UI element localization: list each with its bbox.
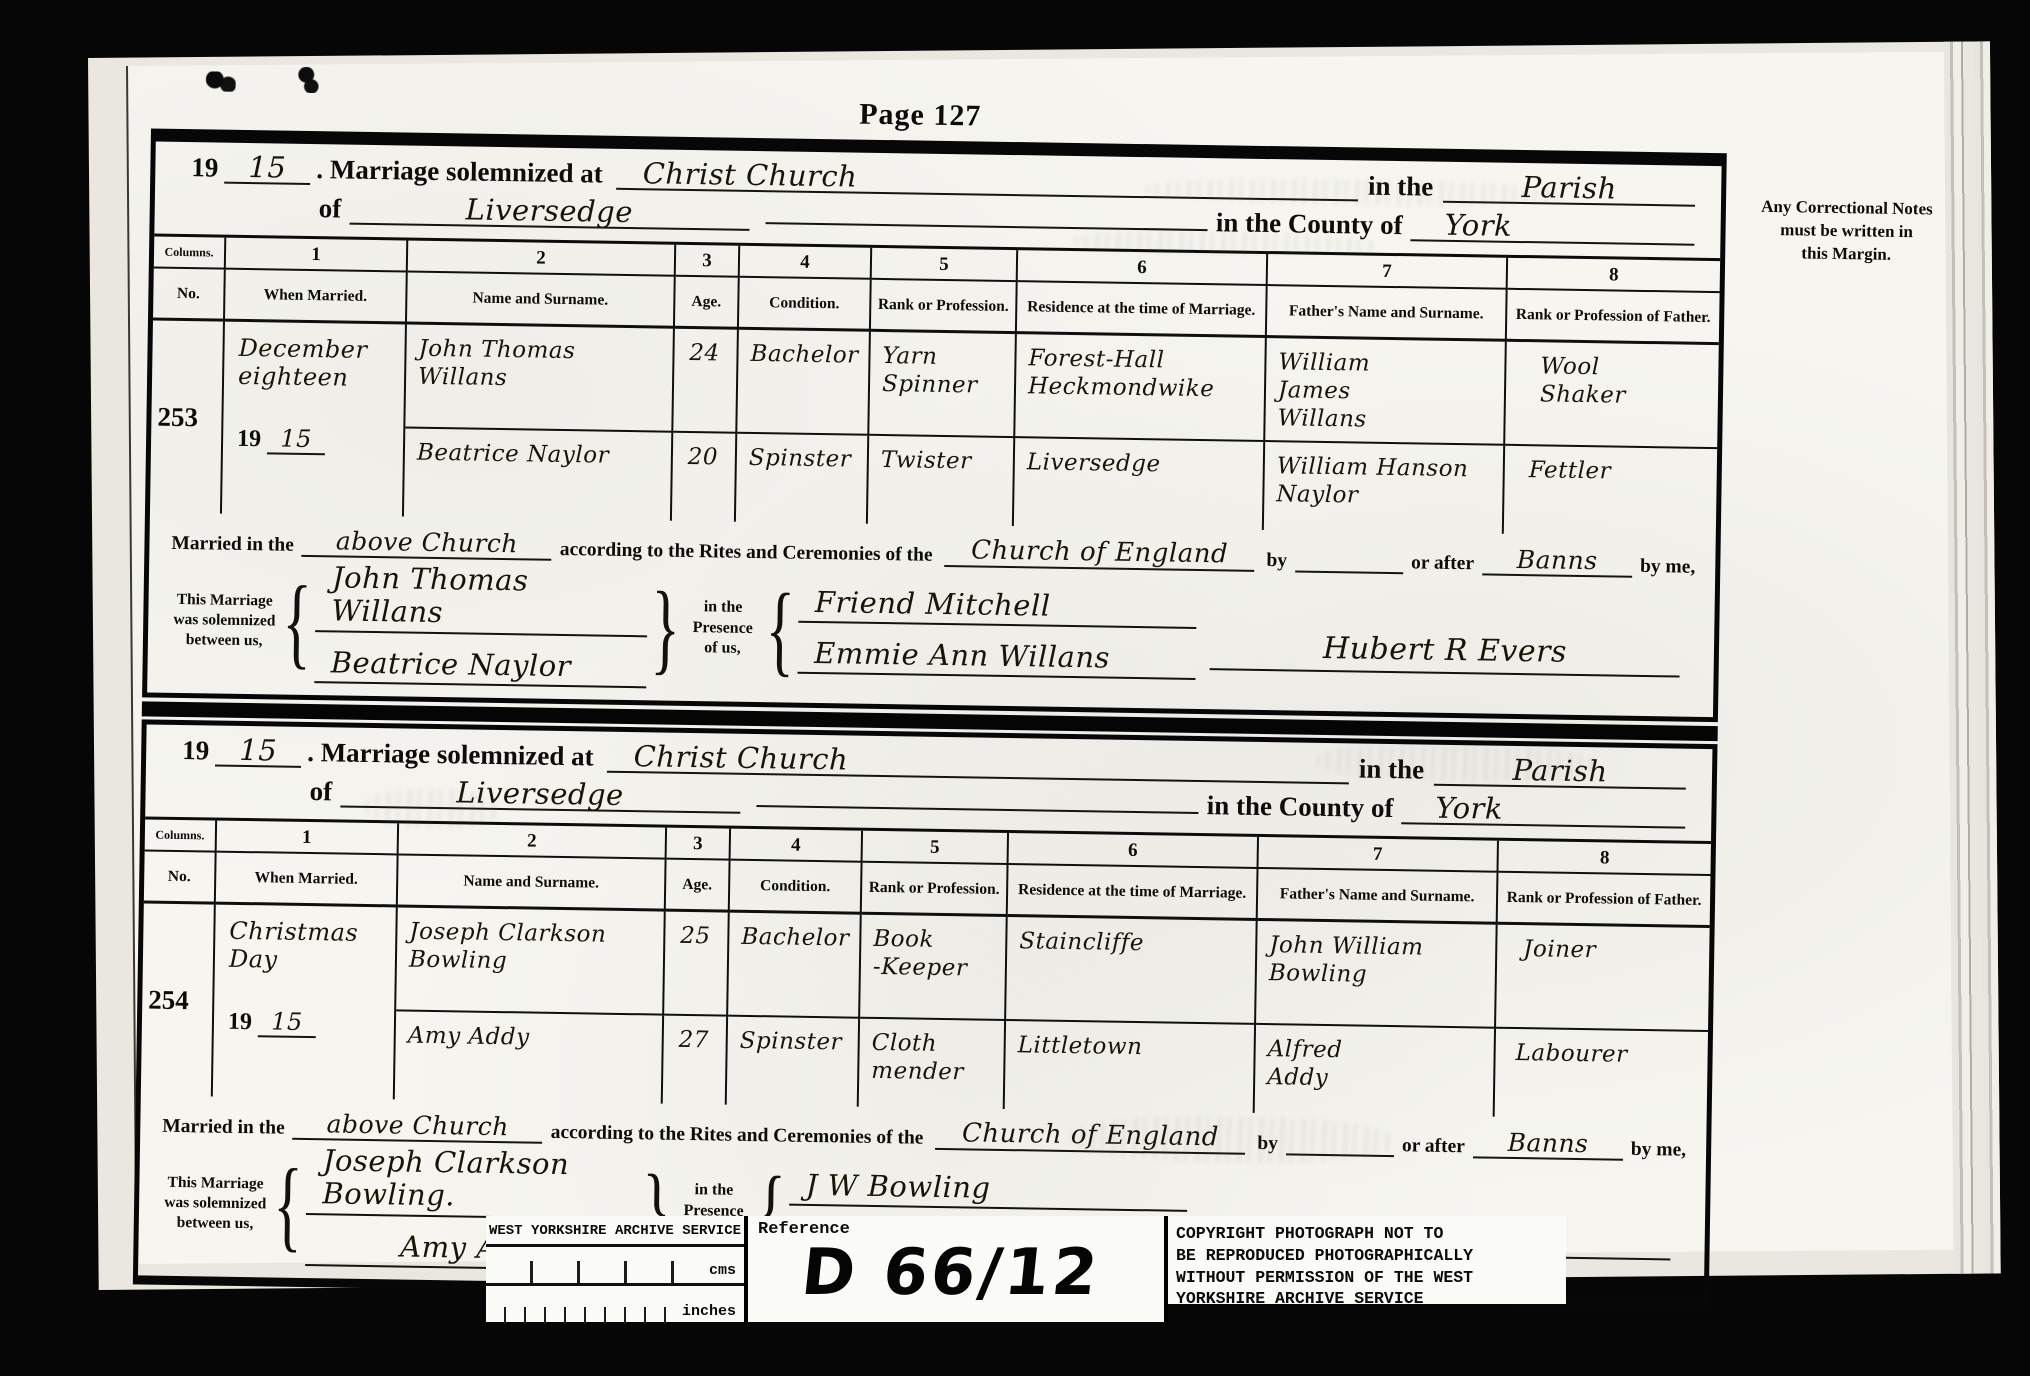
entry-253-solemnization: Married in the above Church according to… — [147, 512, 1716, 717]
married-in-the-label: Married in the — [162, 1116, 285, 1140]
archive-scale-box: WEST YORKSHIRE ARCHIVE SERVICE cms inche… — [486, 1216, 748, 1322]
when-married-date: December eighteen — [238, 334, 401, 393]
rites-of-handwritten: Church of England — [944, 535, 1254, 572]
archive-label-strip: WEST YORKSHIRE ARCHIVE SERVICE cms inche… — [486, 1216, 1566, 1322]
bride-father-profession-cell: Labourer — [1495, 1029, 1708, 1120]
col4-number: 4 — [731, 829, 863, 863]
year-handwritten: 15 — [224, 153, 310, 185]
groom-profession-cell: Book -Keeper — [860, 915, 1008, 1021]
register-entry-253: 19 15 . Marriage solemnized at Christ Ch… — [142, 128, 1727, 722]
bride-condition-cell: Spinster — [736, 434, 869, 524]
groom-age-cell: 25 — [664, 912, 730, 1017]
bride-age-cell: 27 — [663, 1016, 728, 1105]
when-married-cell: Christmas Day 19 15 — [213, 905, 398, 1100]
columns-label: Columns. — [145, 819, 217, 852]
this-marriage-label: This Marriage was solemnized between us, — [161, 1173, 270, 1235]
col7-number: 7 — [1268, 254, 1508, 290]
no-header: No. — [144, 851, 217, 904]
groom-residence-cell: Staincliffe — [1006, 917, 1258, 1025]
rank-profession-header: Rank or Profession. — [871, 280, 1018, 334]
col5-number: 5 — [863, 831, 1009, 865]
groom-condition-cell: Bachelor — [728, 913, 862, 1019]
scanned-register-page: Page 127 Any Correctional Notes must be … — [126, 52, 1953, 1264]
name-surname-header: Name and Surname. — [407, 273, 676, 329]
when-married-year: 19 15 — [237, 424, 399, 457]
name-surname-header: Name and Surname. — [398, 855, 667, 911]
age-header: Age. — [666, 860, 731, 913]
col7-number: 7 — [1259, 837, 1499, 873]
margin-note: Any Correctional Notes must be written i… — [1737, 195, 1956, 267]
or-after-label: or after — [1411, 552, 1474, 575]
no-header: No. — [153, 269, 226, 322]
bleed-through-smudge — [366, 788, 497, 830]
col3-number: 3 — [667, 828, 731, 861]
entry-number: 253 — [150, 321, 225, 514]
groom-age-cell: 24 — [673, 329, 739, 434]
columns-label: Columns. — [154, 237, 226, 270]
year-handwritten: 15 — [258, 1007, 316, 1038]
bride-father-cell: Alfred Addy — [1255, 1025, 1496, 1117]
col8-number: 8 — [1508, 258, 1720, 293]
year-prefix: 19 — [191, 152, 218, 183]
married-in-handwritten: above Church — [302, 526, 552, 561]
by-me-label: by me, — [1631, 1139, 1687, 1162]
minister-signature-area: Hubert R Evers — [1195, 575, 1695, 705]
bride-father-cell: William Hanson Naylor — [1264, 442, 1505, 534]
blank-rule — [756, 805, 1199, 814]
married-in-the-label: Married in the — [171, 533, 294, 557]
married-in-handwritten: above Church — [293, 1109, 543, 1144]
rank-profession-header: Rank or Profession. — [862, 863, 1009, 917]
cm-label: cms — [705, 1262, 744, 1283]
left-brace: { — [765, 578, 795, 680]
inch-ruler-ticks — [486, 1307, 678, 1324]
by-blank-rule — [1295, 570, 1403, 574]
cm-ruler-ticks — [486, 1261, 705, 1283]
this-marriage-label: This Marriage was solemnized between us, — [170, 590, 279, 652]
ink-speck — [296, 67, 322, 93]
bride-name-cell: Amy Addy — [395, 1011, 664, 1103]
bride-father-profession-cell: Fettler — [1504, 446, 1717, 537]
father-name-header: Father's Name and Surname. — [1258, 869, 1499, 925]
place-name: Liversedge — [349, 194, 749, 231]
age-header: Age. — [675, 277, 740, 330]
county-handwritten: York — [1401, 793, 1685, 828]
bride-name-cell: Beatrice Naylor — [404, 429, 673, 521]
groom-condition-cell: Bachelor — [737, 330, 871, 436]
by-me-label: by me, — [1640, 556, 1696, 579]
page-content: Page 127 Any Correctional Notes must be … — [109, 64, 1943, 1272]
blank-rule — [765, 222, 1208, 231]
condition-header: Condition. — [739, 278, 872, 332]
when-married-cell: December eighteen 19 15 — [222, 322, 407, 517]
signature-line: This Marriage was solemnized between us,… — [169, 559, 1695, 705]
col1-number: 1 — [217, 821, 399, 856]
residence-header: Residence at the time of Marriage. — [1008, 865, 1259, 921]
condition-header: Condition. — [730, 861, 863, 915]
groom-father-cell: John William Bowling — [1256, 921, 1498, 1029]
bride-signature: Beatrice Naylor — [314, 646, 646, 689]
witness-signature: Friend Mitchell — [799, 585, 1197, 629]
banns-handwritten: Banns — [1482, 544, 1632, 577]
entry-253-table: Columns. 1 2 3 4 5 6 7 8 No. When Marrie… — [150, 234, 1720, 538]
groom-name-cell: John Thomas Willans — [405, 325, 675, 433]
father-profession-header: Rank or Profession of Father. — [1498, 873, 1711, 928]
archive-name: WEST YORKSHIRE ARCHIVE SERVICE — [486, 1216, 744, 1247]
left-brace: { — [282, 571, 312, 673]
when-married-header: When Married. — [216, 853, 399, 908]
county-handwritten: York — [1410, 210, 1694, 245]
entry-254-table: Columns. 1 2 3 4 5 6 7 8 No. When Marrie… — [141, 816, 1711, 1120]
bride-profession-cell: Twister — [868, 436, 1015, 526]
bride-residence-cell: Liversedge — [1014, 438, 1265, 530]
year-handwritten: 15 — [215, 736, 301, 768]
col3-number: 3 — [676, 245, 740, 278]
year-prefix: 19 — [182, 735, 209, 766]
of-label: of — [309, 776, 332, 807]
groom-signature: John Thomas Willans — [315, 561, 648, 637]
of-label: of — [319, 193, 342, 224]
rites-label: according to the Rites and Ceremonies of… — [560, 539, 933, 567]
year-prefix: 19 — [228, 1009, 252, 1036]
father-name-header: Father's Name and Surname. — [1267, 286, 1508, 342]
by-label: by — [1266, 550, 1287, 572]
ink-speck — [206, 71, 236, 91]
col8-number: 8 — [1498, 841, 1710, 876]
solemnized-at-label: . Marriage solemnized at — [316, 154, 603, 189]
col2-number: 2 — [408, 241, 676, 277]
left-brace: { — [273, 1154, 303, 1256]
groom-profession-cell: Yarn Spinner — [869, 332, 1017, 438]
bride-residence-cell: Littletown — [1005, 1021, 1256, 1113]
year-prefix: 19 — [237, 426, 261, 453]
county-of-label: in the County of — [1206, 790, 1393, 824]
groom-residence-cell: Forest-Hall Heckmondwike — [1015, 334, 1267, 442]
solemnized-at-label: . Marriage solemnized at — [307, 737, 594, 772]
bride-age-cell: 20 — [672, 433, 737, 522]
bride-condition-cell: Spinster — [727, 1017, 860, 1107]
groom-signature: Joseph Clarkson Bowling. — [306, 1144, 639, 1220]
groom-father-profession-cell: Joiner — [1496, 925, 1710, 1032]
minister-signature: Hubert R Evers — [1210, 629, 1681, 677]
photograph-background: Page 127 Any Correctional Notes must be … — [0, 0, 2030, 1376]
when-married-date: Christmas Day — [229, 917, 392, 976]
copyright-box: COPYRIGHT PHOTOGRAPH NOT TO BE REPRODUCE… — [1168, 1216, 1566, 1304]
witness-signature: Emmie Ann Willans — [798, 637, 1196, 681]
inch-label: inches — [678, 1303, 744, 1324]
couple-signatures: John Thomas Willans Beatrice Naylor — [314, 561, 648, 688]
witness-signature: J W Bowling — [789, 1168, 1187, 1212]
entry-number: 254 — [141, 903, 216, 1096]
reference-value: D 66/12 — [799, 1241, 1168, 1305]
rites-label: according to the Rites and Ceremonies of… — [550, 1122, 923, 1150]
bride-profession-cell: Cloth mender — [859, 1019, 1006, 1109]
witness-signatures: Friend Mitchell Emmie Ann Willans — [798, 569, 1198, 697]
col6-number: 6 — [1018, 250, 1268, 286]
inch-ruler: inches — [486, 1286, 744, 1324]
presence-label: in the Presence of us, — [683, 597, 762, 661]
when-married-header: When Married. — [225, 270, 408, 325]
or-after-label: or after — [1402, 1135, 1465, 1158]
col1-number: 1 — [226, 238, 408, 273]
when-married-year: 19 15 — [228, 1007, 390, 1040]
groom-name-cell: Joseph Clarkson Bowling — [396, 907, 666, 1015]
cm-ruler: cms — [486, 1247, 744, 1286]
year-handwritten: 15 — [267, 424, 325, 455]
right-brace: } — [650, 576, 680, 678]
father-profession-header: Rank or Profession of Father. — [1507, 290, 1720, 345]
reference-box: Reference D 66/12 — [748, 1216, 1168, 1322]
residence-header: Residence at the time of Marriage. — [1017, 282, 1268, 338]
col5-number: 5 — [872, 248, 1018, 282]
groom-father-profession-cell: Wool Shaker — [1505, 342, 1719, 449]
col6-number: 6 — [1009, 833, 1259, 869]
banns-handwritten: Banns — [1473, 1127, 1623, 1160]
col4-number: 4 — [740, 246, 872, 280]
groom-father-cell: William James Willans — [1265, 338, 1507, 446]
